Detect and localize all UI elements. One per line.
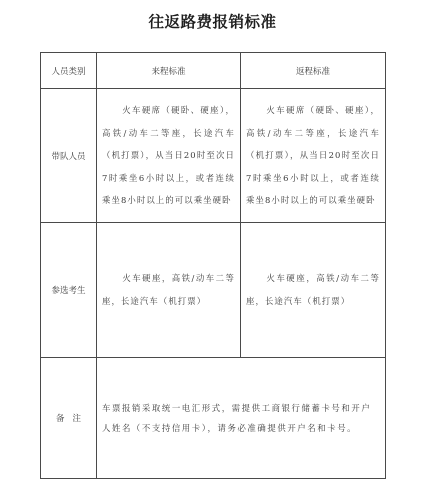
header-personnel-category: 人员类别: [41, 53, 97, 89]
return-standard-cell: 火车硬座，高铁/动车二等座，长途汽车（机打票）: [241, 223, 386, 358]
header-outbound-standard: 来程标准: [97, 53, 241, 89]
table-header-row: 人员类别 来程标准 返程标准: [41, 53, 386, 89]
category-cell: 参选考生: [41, 223, 97, 358]
remark-label-cell: 备注: [41, 358, 97, 479]
outbound-standard-cell: 火车硬席（硬卧、硬座），高铁/动车二等座，长途汽车（机打票），从当日20时至次日…: [97, 89, 241, 223]
table-row-remark: 备注 车票报销采取统一电汇形式，需提供工商银行储蓄卡号和开户人姓名（不支持信用卡…: [41, 358, 386, 479]
return-standard-cell: 火车硬席（硬卧、硬座），高铁/动车二等座，长途汽车（机打票），从当日20时至次日…: [241, 89, 386, 223]
header-return-standard: 返程标准: [241, 53, 386, 89]
outbound-standard-text: 火车硬座，高铁/动车二等座，长途汽车（机打票）: [102, 273, 235, 306]
remark-text-cell: 车票报销采取统一电汇形式，需提供工商银行储蓄卡号和开户人姓名（不支持信用卡），请…: [97, 358, 386, 479]
outbound-standard-text: 火车硬席（硬卧、硬座），高铁/动车二等座，长途汽车（机打票），从当日20时至次日…: [102, 105, 235, 205]
return-standard-text: 火车硬席（硬卧、硬座），高铁/动车二等座，长途汽车（机打票），从当日20时至次日…: [246, 105, 380, 205]
return-standard-text: 火车硬座，高铁/动车二等座，长途汽车（机打票）: [246, 273, 380, 306]
table-row-candidate: 参选考生 火车硬座，高铁/动车二等座，长途汽车（机打票） 火车硬座，高铁/动车二…: [41, 223, 386, 358]
outbound-standard-cell: 火车硬座，高铁/动车二等座，长途汽车（机打票）: [97, 223, 241, 358]
category-cell: 带队人员: [41, 89, 97, 223]
table-row-team-leader: 带队人员 火车硬席（硬卧、硬座），高铁/动车二等座，长途汽车（机打票），从当日2…: [41, 89, 386, 223]
document-title: 往返路费报销标准: [0, 10, 425, 32]
travel-reimbursement-table: 人员类别 来程标准 返程标准 带队人员 火车硬席（硬卧、硬座），高铁/动车二等座…: [40, 52, 386, 479]
